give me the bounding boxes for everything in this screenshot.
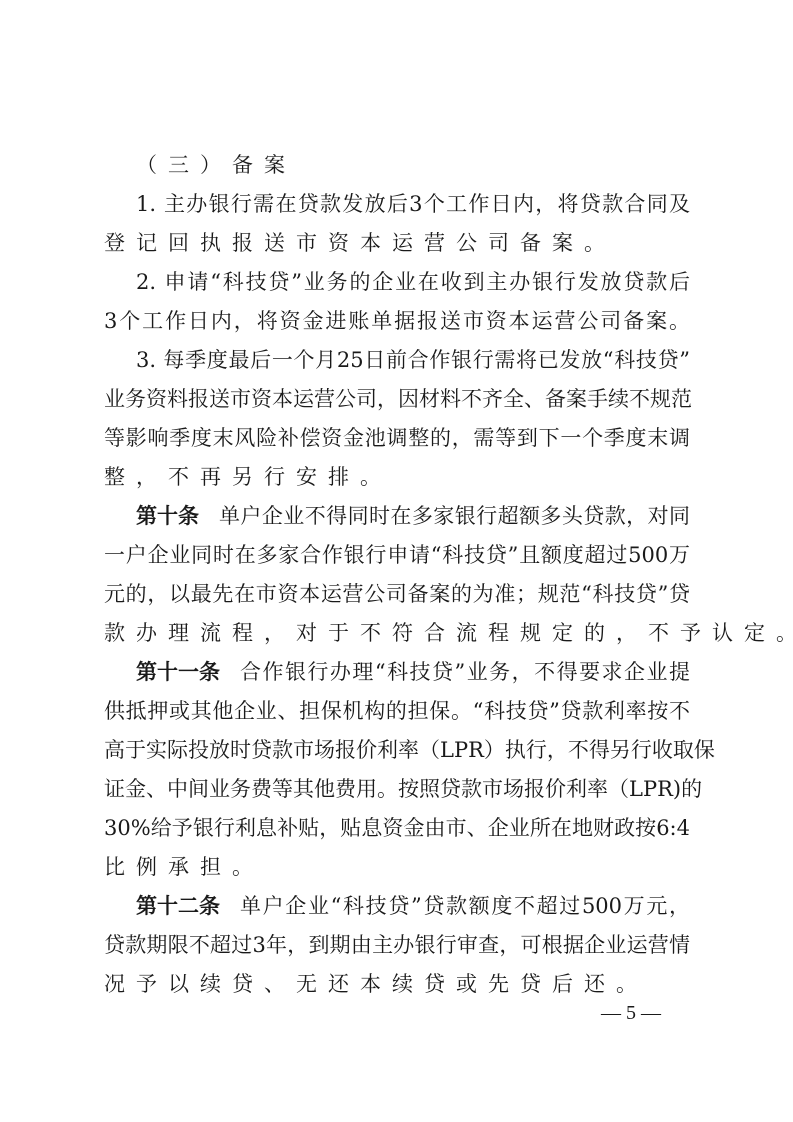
- paragraph-line: 30%给予银行利息补贴，贴息资金由市、企业所在地财政按6:4: [104, 811, 690, 845]
- paragraph-line: 况予以续贷、无还本续贷或先贷后还。: [104, 967, 690, 1001]
- paragraph-line: 整，不再另行安排。: [104, 460, 690, 494]
- article-11-first-line: 第十一条 合作银行办理“科技贷”业务，不得要求企业提: [136, 655, 690, 689]
- article-label: 第十一条: [136, 655, 220, 689]
- paragraph-line: 供抵押或其他企业、担保机构的担保。“科技贷”贷款利率按不: [104, 694, 690, 728]
- paragraph-line: 一户企业同时在多家合作银行申请“科技贷”且额度超过500万: [104, 538, 690, 572]
- document-page: （三）备案 1. 主办银行需在贷款发放后3个工作日内，将贷款合同及 登记回执报送…: [0, 0, 793, 1122]
- article-label: 第十条: [136, 499, 199, 533]
- paragraph-line: 业务资料报送市资本运营公司，因材料不齐全、备案手续不规范: [104, 382, 690, 416]
- paragraph-line: 3. 每季度最后一个月25日前合作银行需将已发放“科技贷”: [136, 343, 690, 377]
- paragraph-line: 元的，以最先在市资本运营公司备案的为准；规范“科技贷”贷: [104, 577, 690, 611]
- section-heading: （三）备案: [136, 148, 690, 182]
- article-10-first-line: 第十条 单户企业不得同时在多家银行超额多头贷款，对同: [136, 499, 690, 533]
- page-number: — 5 —: [601, 1001, 661, 1025]
- article-label: 第十二条: [136, 889, 220, 923]
- paragraph-line: 1. 主办银行需在贷款发放后3个工作日内，将贷款合同及: [136, 187, 690, 221]
- paragraph-line: 款办理流程，对于不符合流程规定的，不予认定。: [104, 616, 690, 650]
- paragraph-line: 高于实际投放时贷款市场报价利率（LPR）执行，不得另行收取保: [104, 733, 690, 767]
- paragraph-line: 贷款期限不超过3年，到期由主办银行审查，可根据企业运营情: [104, 928, 690, 962]
- paragraph-line: 2. 申请“科技贷”业务的企业在收到主办银行发放贷款后: [136, 265, 690, 299]
- paragraph-line: 登记回执报送市资本运营公司备案。: [104, 226, 690, 260]
- paragraph-line: 单户企业不得同时在多家银行超额多头贷款，对同: [219, 499, 690, 533]
- article-12-first-line: 第十二条 单户企业“科技贷”贷款额度不超过500万元，: [136, 889, 690, 923]
- paragraph-line: 比例承担。: [104, 850, 690, 884]
- paragraph-line: 3个工作日内，将资金进账单据报送市资本运营公司备案。: [104, 304, 690, 338]
- paragraph-line: 单户企业“科技贷”贷款额度不超过500万元，: [240, 889, 690, 923]
- paragraph-line: 等影响季度末风险补偿资金池调整的，需等到下一个季度末调: [104, 421, 690, 455]
- paragraph-line: 合作银行办理“科技贷”业务，不得要求企业提: [240, 655, 690, 689]
- paragraph-line: 证金、中间业务费等其他费用。按照贷款市场报价利率（LPR)的: [104, 772, 690, 806]
